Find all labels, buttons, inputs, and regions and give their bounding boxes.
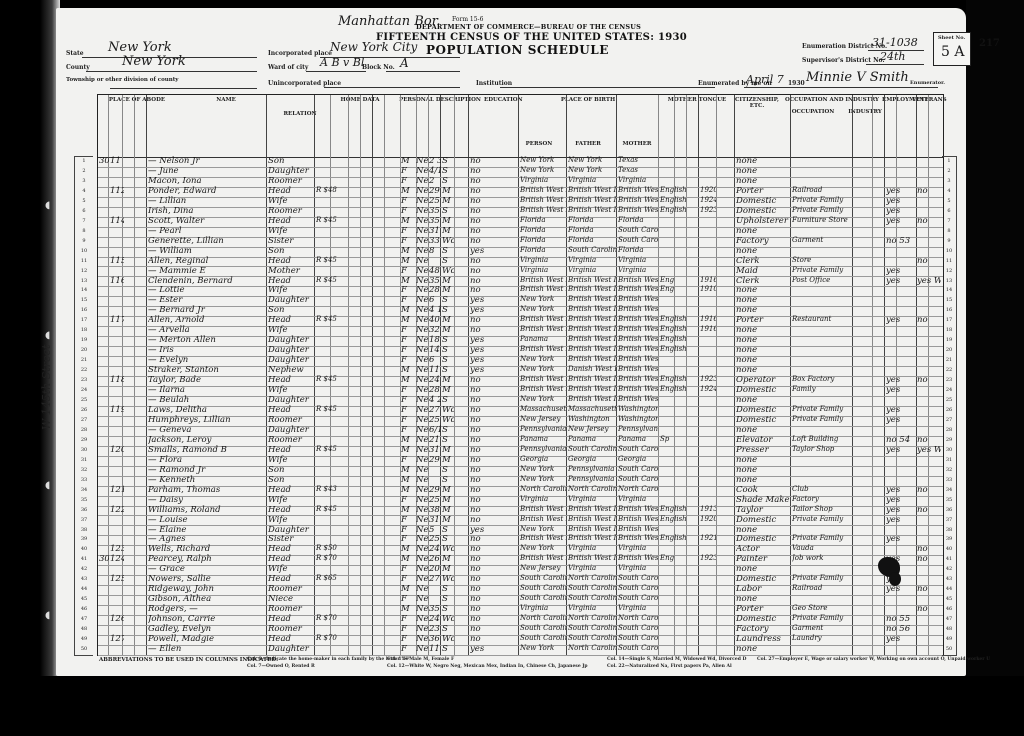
- home-tenure-cell: R $43: [316, 485, 360, 493]
- birthplace-mother-cell: British West Indies: [618, 355, 658, 363]
- footnote: Col. 14—Single S, Married M, Widowed Wd,…: [607, 657, 746, 662]
- block-value: A: [400, 56, 409, 70]
- age-cell: 20: [429, 564, 441, 574]
- age-cell: 29: [429, 455, 441, 465]
- birthplace-person-cell: British West Indies: [520, 276, 566, 284]
- race-cell: Neg: [416, 226, 429, 236]
- birthplace-father-cell: British West Indies: [568, 375, 616, 383]
- home-tenure-cell: R $45: [316, 315, 360, 323]
- line-number: 46: [75, 606, 93, 612]
- race-cell: Neg: [416, 295, 429, 305]
- dwelling-number-cell: 124: [110, 554, 124, 564]
- person-name-cell: — Ellen: [148, 644, 266, 654]
- school-attendance-cell: no: [470, 375, 490, 385]
- school-attendance-cell: no: [470, 534, 490, 544]
- immigration-year-cell: 1920: [700, 186, 716, 194]
- industry-cell: Private Family: [792, 574, 852, 582]
- veteran-cell: no: [917, 604, 941, 614]
- birthplace-mother-cell: Virginia: [618, 266, 658, 274]
- home-tenure-cell: R $70: [316, 554, 360, 562]
- footnote: Col. 11—Male M, Female F: [387, 657, 454, 662]
- line-number-right: 42: [942, 566, 956, 572]
- section-place-of-abode: PLACE OF ABODE: [98, 97, 176, 103]
- race-cell: Neg: [416, 515, 429, 525]
- sex-cell: F: [401, 345, 415, 355]
- birthplace-person-cell: British West Indies: [520, 505, 566, 513]
- industry-cell: Restaurant: [792, 315, 852, 323]
- line-number-right: 29: [942, 437, 956, 443]
- occupation-cell: Porter: [736, 186, 790, 196]
- occupation-cell: Factory: [736, 236, 790, 246]
- immigration-year-cell: 1916: [700, 325, 716, 333]
- line-number: 17: [75, 317, 93, 323]
- birthplace-mother-cell: British West Indies: [618, 325, 658, 333]
- scan-bottom-edge: [0, 676, 1024, 736]
- birthplace-mother-cell: British West Indies: [618, 525, 658, 533]
- birthplace-mother-cell: British West Indies: [618, 375, 658, 383]
- birthplace-person-cell: Georgia: [520, 455, 566, 463]
- line-number: 24: [75, 387, 93, 393]
- birthplace-person-cell: Florida: [520, 216, 566, 224]
- occupation-cell: none: [736, 395, 790, 405]
- relation-cell: Daughter: [268, 644, 314, 654]
- marital-status-cell: S: [442, 335, 454, 345]
- person-name-cell: Clendenin, Bernard: [148, 276, 266, 286]
- line-number-right: 8: [942, 228, 956, 234]
- subhead-mother: MOTHER: [612, 141, 662, 147]
- person-name-cell: — Daisy: [148, 495, 266, 505]
- marital-status-cell: M: [442, 315, 454, 325]
- dwelling-number-cell: 127: [110, 634, 124, 644]
- marital-status-cell: M: [442, 564, 454, 574]
- relation-cell: Sister: [268, 236, 314, 246]
- footnote: Col. 12—White W, Negro Neg, Mexican Mex,…: [387, 664, 588, 669]
- school-attendance-cell: no: [470, 236, 490, 246]
- birthplace-person-cell: New York: [520, 395, 566, 403]
- industry-cell: Loft Building: [792, 435, 852, 443]
- birthplace-father-cell: British West Indies: [568, 505, 616, 513]
- home-tenure-cell: R $45: [316, 445, 360, 453]
- employment-cell: yes: [886, 634, 916, 644]
- industry-cell: Vauda: [792, 544, 852, 552]
- school-attendance-cell: no: [470, 385, 490, 395]
- line-number: 5: [75, 198, 93, 204]
- age-cell: 11: [429, 365, 441, 375]
- marital-status-cell: S: [442, 206, 454, 216]
- relation-cell: Roomer: [268, 176, 314, 186]
- line-number: 50: [75, 646, 93, 652]
- race-cell: Neg: [416, 345, 429, 355]
- age-cell: 35: [429, 216, 441, 226]
- employment-cell: yes: [886, 515, 916, 525]
- relation-cell: Daughter: [268, 345, 314, 355]
- occupation-cell: none: [736, 355, 790, 365]
- relation-cell: Head: [268, 405, 314, 415]
- birthplace-mother-cell: Florida: [618, 216, 658, 224]
- sex-cell: F: [401, 624, 415, 634]
- race-cell: Neg: [416, 445, 429, 455]
- birthplace-father-cell: British West Indies: [568, 554, 616, 562]
- marital-status-cell: S: [442, 345, 454, 355]
- age-cell: 21: [429, 435, 441, 445]
- veteran-cell: no: [917, 256, 941, 266]
- industry-cell: Private Family: [792, 196, 852, 204]
- line-number-right: 18: [942, 327, 956, 333]
- birthplace-father-cell: Virginia: [568, 495, 616, 503]
- occupation-cell: Domestic: [736, 574, 790, 584]
- dwelling-number-cell: 123: [110, 544, 124, 554]
- school-attendance-cell: no: [470, 186, 490, 196]
- race-cell: Neg: [416, 196, 429, 206]
- school-attendance-cell: no: [470, 256, 490, 266]
- section-relation: RELATION: [276, 111, 324, 117]
- relation-cell: Head: [268, 445, 314, 455]
- birthplace-person-cell: North Carolina: [520, 614, 566, 622]
- birthplace-person-cell: New York: [520, 156, 566, 164]
- employment-cell: yes: [886, 276, 916, 286]
- birthplace-person-cell: New York: [520, 525, 566, 533]
- occupation-cell: Cook: [736, 485, 790, 495]
- race-cell: Neg: [416, 554, 429, 564]
- school-attendance-cell: no: [470, 325, 490, 335]
- sex-cell: F: [401, 395, 415, 405]
- dwelling-number-cell: 118: [110, 375, 124, 385]
- veteran-cell: no: [917, 584, 941, 594]
- marital-status-cell: M: [442, 285, 454, 295]
- age-cell: 28: [429, 285, 441, 295]
- line-number: 33: [75, 477, 93, 483]
- relation-cell: Head: [268, 544, 314, 554]
- school-attendance-cell: no: [470, 624, 490, 634]
- birthplace-person-cell: Florida: [520, 226, 566, 234]
- marital-status-cell: Wd: [442, 544, 454, 554]
- line-number-right: 13: [942, 278, 956, 284]
- age-cell: 6: [429, 355, 441, 365]
- person-name-cell: Irish, Dina: [148, 206, 266, 216]
- occupation-cell: Domestic: [736, 614, 790, 624]
- sex-cell: M: [401, 375, 415, 385]
- section-occupation: OCCUPATION AND INDUSTRY: [782, 97, 882, 103]
- birthplace-father-cell: South Carolina: [568, 634, 616, 642]
- age-cell: 24: [429, 375, 441, 385]
- sex-cell: M: [401, 544, 415, 554]
- race-cell: Neg: [416, 176, 429, 186]
- birthplace-mother-cell: British West Indies: [618, 335, 658, 343]
- age-cell: 18: [429, 335, 441, 345]
- age-cell: 4/12: [429, 166, 441, 176]
- industry-cell: Post Office: [792, 276, 852, 284]
- birthplace-person-cell: Pennsylvania: [520, 425, 566, 433]
- person-name-cell: — Agnes: [148, 534, 266, 544]
- age-cell: 25: [429, 415, 441, 425]
- school-attendance-cell: no: [470, 276, 490, 286]
- footnote: Col. 7—Owned O, Rented R: [247, 664, 315, 669]
- immigration-year-cell: 1913: [700, 505, 716, 513]
- birthplace-father-cell: Pennsylvania: [568, 475, 616, 483]
- mother-tongue-cell: English: [660, 206, 698, 214]
- school-attendance-cell: yes: [470, 644, 490, 654]
- line-number: 49: [75, 636, 93, 642]
- race-cell: Neg: [416, 305, 429, 315]
- state-label: State: [66, 50, 84, 57]
- marital-status-cell: S: [442, 525, 454, 535]
- school-attendance-cell: yes: [470, 295, 490, 305]
- employment-cell: yes: [886, 485, 916, 495]
- birthplace-person-cell: British West Indies: [520, 385, 566, 393]
- occupation-cell: none: [736, 156, 790, 166]
- birthplace-mother-cell: South Carolina: [618, 475, 658, 483]
- race-cell: Neg: [416, 634, 429, 644]
- school-attendance-cell: no: [470, 465, 490, 475]
- school-attendance-cell: no: [470, 166, 490, 176]
- employment-cell: yes: [886, 445, 916, 455]
- birthplace-father-cell: British West Indies: [568, 525, 616, 533]
- occupation-cell: Factory: [736, 624, 790, 634]
- supervisor-district-value: 24th: [880, 50, 906, 63]
- immigration-year-cell: 1921: [700, 534, 716, 542]
- age-cell: 28: [429, 385, 441, 395]
- birthplace-mother-cell: Florida: [618, 246, 658, 254]
- occupation-cell: Elevator: [736, 435, 790, 445]
- sex-cell: F: [401, 525, 415, 535]
- mother-tongue-cell: English: [660, 315, 698, 323]
- occupation-cell: none: [736, 465, 790, 475]
- line-number-right: 32: [942, 467, 956, 473]
- occupation-cell: none: [736, 166, 790, 176]
- mother-tongue-cell: English: [660, 534, 698, 542]
- sex-cell: F: [401, 405, 415, 415]
- person-name-cell: Allen, Reginal: [148, 256, 266, 266]
- sex-cell: F: [401, 285, 415, 295]
- veteran-cell: no: [917, 186, 941, 196]
- birthplace-father-cell: Virginia: [568, 604, 616, 612]
- person-name-cell: — Mammie E: [148, 266, 266, 276]
- school-attendance-cell: no: [470, 544, 490, 554]
- line-number: 8: [75, 228, 93, 234]
- age-cell: 6: [429, 295, 441, 305]
- occupation-cell: Labor: [736, 584, 790, 594]
- birthplace-person-cell: British West Indies: [520, 534, 566, 542]
- marital-status-cell: M: [442, 186, 454, 196]
- marital-status-cell: Wd: [442, 574, 454, 584]
- relation-cell: Wife: [268, 455, 314, 465]
- age-cell: 2: [429, 176, 441, 186]
- line-number-right: 26: [942, 407, 956, 413]
- age-cell: 24: [429, 614, 441, 624]
- mother-tongue-cell: Sp: [660, 435, 698, 443]
- birthplace-person-cell: South Carolina: [520, 574, 566, 582]
- birthplace-father-cell: British West Indies: [568, 186, 616, 194]
- marital-status-cell: Wd: [442, 634, 454, 644]
- birthplace-mother-cell: North Carolina: [618, 485, 658, 493]
- age-cell: 26: [429, 554, 441, 564]
- sex-cell: M: [401, 604, 415, 614]
- age-cell: 25: [429, 534, 441, 544]
- dwelling-number-cell: 125: [110, 574, 124, 584]
- sheet-value: 5 A: [941, 44, 964, 60]
- age-cell: 35: [429, 604, 441, 614]
- employment-cell: yes: [886, 216, 916, 226]
- employment-cell: yes: [886, 385, 916, 395]
- sex-cell: F: [401, 614, 415, 624]
- marital-status-cell: S: [442, 534, 454, 544]
- relation-cell: Mother: [268, 266, 314, 276]
- birthplace-mother-cell: South Carolina: [618, 236, 658, 244]
- birthplace-mother-cell: British West Indies: [618, 385, 658, 393]
- line-number-right: 31: [942, 457, 956, 463]
- marital-status-cell: S: [442, 156, 454, 166]
- employment-cell: no 56: [886, 624, 916, 634]
- relation-cell: Son: [268, 156, 314, 166]
- section-name: NAME: [176, 97, 276, 103]
- birthplace-person-cell: British West Indies: [520, 345, 566, 353]
- veteran-cell: no: [917, 505, 941, 515]
- line-number: 21: [75, 357, 93, 363]
- line-number: 18: [75, 327, 93, 333]
- immigration-year-cell: 1916: [700, 276, 716, 284]
- school-attendance-cell: yes: [470, 525, 490, 535]
- person-name-cell: Scott, Walter: [148, 216, 266, 226]
- birthplace-father-cell: North Carolina: [568, 485, 616, 493]
- occupation-cell: none: [736, 475, 790, 485]
- industry-cell: Box Factory: [792, 375, 852, 383]
- race-cell: Neg: [416, 584, 429, 594]
- line-number-right: 12: [942, 268, 956, 274]
- immigration-year-cell: 1923: [700, 206, 716, 214]
- employment-cell: yes: [886, 415, 916, 425]
- industry-cell: Store: [792, 256, 852, 264]
- subhead-father: FATHER: [564, 141, 612, 147]
- line-number: 36: [75, 507, 93, 513]
- race-cell: Neg: [416, 564, 429, 574]
- race-cell: Neg: [416, 186, 429, 196]
- age-cell: 31: [429, 226, 441, 236]
- line-number: 43: [75, 576, 93, 582]
- birthplace-person-cell: Virginia: [520, 266, 566, 274]
- department-line: DEPARTMENT OF COMMERCE—BUREAU OF THE CEN…: [416, 23, 641, 31]
- subhead-industry: INDUSTRY: [840, 109, 890, 115]
- race-cell: Neg: [416, 644, 429, 654]
- line-number: 45: [75, 596, 93, 602]
- school-attendance-cell: no: [470, 614, 490, 624]
- school-attendance-cell: no: [470, 515, 490, 525]
- sex-cell: M: [401, 276, 415, 286]
- birthplace-father-cell: British West Indies: [568, 335, 616, 343]
- home-tenure-cell: R $45: [316, 216, 360, 224]
- line-number-right: 48: [942, 626, 956, 632]
- sex-cell: F: [401, 495, 415, 505]
- race-cell: Neg: [416, 544, 429, 554]
- birthplace-person-cell: British West Indies: [520, 515, 566, 523]
- line-number-right: 3: [942, 178, 956, 184]
- person-name-cell: — Lillian: [148, 196, 266, 206]
- sex-cell: M: [401, 186, 415, 196]
- person-name-cell: — Louise: [148, 515, 266, 525]
- race-cell: Neg: [416, 624, 429, 634]
- age-cell: 27: [429, 574, 441, 584]
- marital-status-cell: S: [442, 355, 454, 365]
- relation-cell: Head: [268, 574, 314, 584]
- immigration-year-cell: 1923: [700, 375, 716, 383]
- person-name-cell: — Lottie: [148, 285, 266, 295]
- age-cell: 4 1/2: [429, 305, 441, 315]
- marital-status-cell: S: [442, 395, 454, 405]
- birthplace-mother-cell: Pennsylvania: [618, 425, 658, 433]
- marital-status-cell: M: [442, 375, 454, 385]
- person-name-cell: Gibson, Althea: [148, 594, 266, 604]
- age-cell: 25: [429, 495, 441, 505]
- margin-street-note: W 145th Street: [40, 345, 53, 430]
- relation-cell: Son: [268, 305, 314, 315]
- age-cell: 40: [429, 315, 441, 325]
- occupation-cell: Shade Maker: [736, 495, 790, 505]
- mother-tongue-cell: Eng: [660, 285, 698, 293]
- occupation-cell: Clerk: [736, 276, 790, 286]
- person-name-cell: — Iris: [148, 345, 266, 355]
- occupation-cell: Porter: [736, 315, 790, 325]
- dwelling-number-cell: 115: [110, 256, 124, 266]
- line-number: 27: [75, 417, 93, 423]
- person-name-cell: Wells, Richard: [148, 544, 266, 554]
- line-number: 2: [75, 168, 93, 174]
- school-attendance-cell: no: [470, 405, 490, 415]
- line-number-right: 11: [942, 258, 956, 264]
- occupation-cell: none: [736, 335, 790, 345]
- home-tenure-cell: R $70: [316, 634, 360, 642]
- race-cell: Neg: [416, 335, 429, 345]
- marital-status-cell: M: [442, 325, 454, 335]
- mother-tongue-cell: English: [660, 335, 698, 343]
- age-cell: 23: [429, 624, 441, 634]
- marital-status-cell: S: [442, 305, 454, 315]
- sex-cell: F: [401, 176, 415, 186]
- industry-cell: Railroad: [792, 584, 852, 592]
- line-number-right: 49: [942, 636, 956, 642]
- county-value: New York: [122, 54, 186, 69]
- marital-status-cell: S: [442, 604, 454, 614]
- line-number: 23: [75, 377, 93, 383]
- race-cell: Neg: [416, 425, 429, 435]
- home-tenure-cell: R $45: [316, 256, 360, 264]
- marital-status-cell: S: [442, 246, 454, 256]
- school-attendance-cell: no: [470, 156, 490, 166]
- line-number: 25: [75, 397, 93, 403]
- relation-cell: Wife: [268, 515, 314, 525]
- line-number: 11: [75, 258, 93, 264]
- age-cell: 48: [429, 266, 441, 276]
- marital-status-cell: Wd: [442, 415, 454, 425]
- marital-status-cell: S: [442, 166, 454, 176]
- marital-status-cell: Wd: [442, 614, 454, 624]
- birthplace-father-cell: British West Indies: [568, 385, 616, 393]
- employment-cell: yes: [886, 266, 916, 276]
- industry-cell: Tailor Shop: [792, 505, 852, 513]
- school-attendance-cell: no: [470, 634, 490, 644]
- birthplace-mother-cell: South Carolina: [618, 634, 658, 642]
- birthplace-person-cell: South Carolina: [520, 634, 566, 642]
- line-number-right: 14: [942, 287, 956, 293]
- birthplace-father-cell: British West Indies: [568, 285, 616, 293]
- birthplace-mother-cell: British West Indies: [618, 505, 658, 513]
- birthplace-mother-cell: Washington: [618, 405, 658, 413]
- marital-status-cell: Wd: [442, 266, 454, 276]
- enumerator-suffix: Enumerator.: [910, 80, 945, 86]
- person-name-cell: — June: [148, 166, 266, 176]
- person-name-cell: — Ester: [148, 295, 266, 305]
- relation-cell: Wife: [268, 226, 314, 236]
- relation-cell: Wife: [268, 495, 314, 505]
- birthplace-person-cell: British West Indies: [520, 285, 566, 293]
